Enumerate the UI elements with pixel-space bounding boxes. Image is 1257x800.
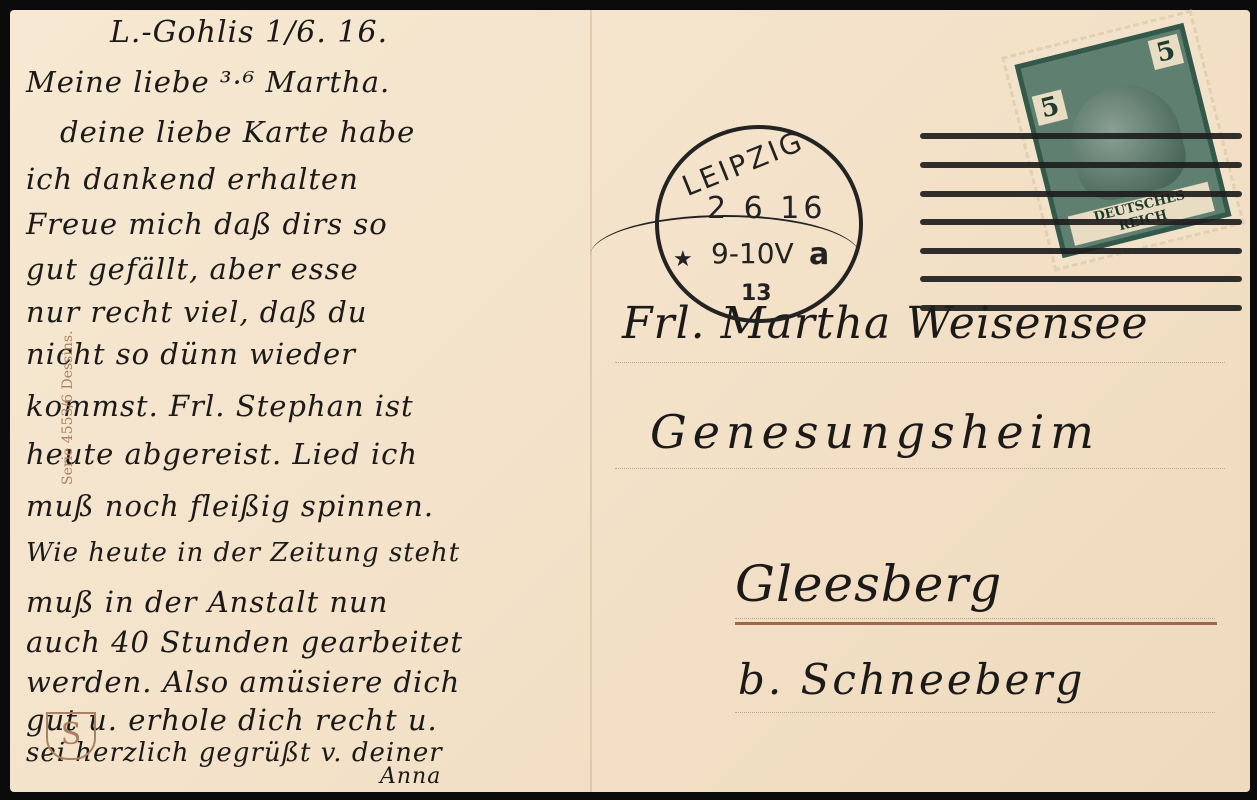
- cancel-bar: [920, 191, 1242, 197]
- message-line: Freue mich daß dirs so: [26, 210, 388, 239]
- address-line-rule: [615, 468, 1225, 469]
- cancel-bar: [920, 276, 1242, 282]
- stamp-denomination: 5: [1148, 34, 1184, 70]
- message-line: Wie heute in der Zeitung steht: [26, 540, 460, 566]
- publisher-logo: S: [46, 712, 96, 760]
- address-line-rule: [615, 362, 1225, 363]
- message-line: auch 40 Stunden gearbeitet: [26, 628, 463, 657]
- postmark-suffix: a: [809, 237, 829, 272]
- place-date: L.-Gohlis 1/6. 16.: [110, 18, 388, 48]
- message-line: kommst. Frl. Stephan ist: [26, 392, 414, 421]
- message-line: Meine liebe ³·⁶ Martha.: [26, 68, 390, 97]
- message-line: nur recht viel, daß du: [26, 298, 367, 327]
- message-line: muß noch fleißig spinnen.: [26, 492, 434, 521]
- stamp-denomination: 5: [1032, 90, 1068, 126]
- germania-portrait-icon: [1059, 74, 1192, 207]
- message-line: muß in der Anstalt nun: [26, 588, 388, 617]
- address-town: Gleesberg: [735, 555, 1002, 613]
- cancel-bar: [920, 248, 1242, 254]
- cancel-bar: [920, 162, 1242, 168]
- star-icon: ★: [673, 247, 693, 272]
- message-line: ich dankend erhalten: [26, 165, 359, 194]
- publisher-imprint: Serie 4553/6 Dessins.: [60, 331, 76, 486]
- cancel-bar: [920, 133, 1242, 139]
- postmark: LEIPZIG 2 6 16 ★ 9-10V a 13: [655, 125, 863, 323]
- message-line: heute abgereist. Lied ich: [26, 440, 418, 469]
- postmark-time: 9-10V: [711, 237, 794, 270]
- postmark-date: 2 6 16: [707, 191, 826, 226]
- cancel-bar: [920, 305, 1242, 311]
- address-line-rule: [735, 712, 1215, 713]
- address-region: b. Schneeberg: [738, 655, 1085, 704]
- message-line: deine liebe Karte habe: [60, 118, 415, 147]
- message-line: gut gefällt, aber esse: [26, 255, 359, 284]
- cancel-bar: [920, 219, 1242, 225]
- address-institution: Genesungsheim: [650, 405, 1100, 459]
- address-line-rule: [735, 618, 1215, 619]
- signature: Anna: [380, 766, 441, 788]
- address-line-rule: [735, 622, 1217, 625]
- postmark-office-number: 13: [741, 281, 772, 306]
- center-divider: [590, 10, 592, 792]
- message-line: werden. Also amüsiere dich: [26, 668, 460, 697]
